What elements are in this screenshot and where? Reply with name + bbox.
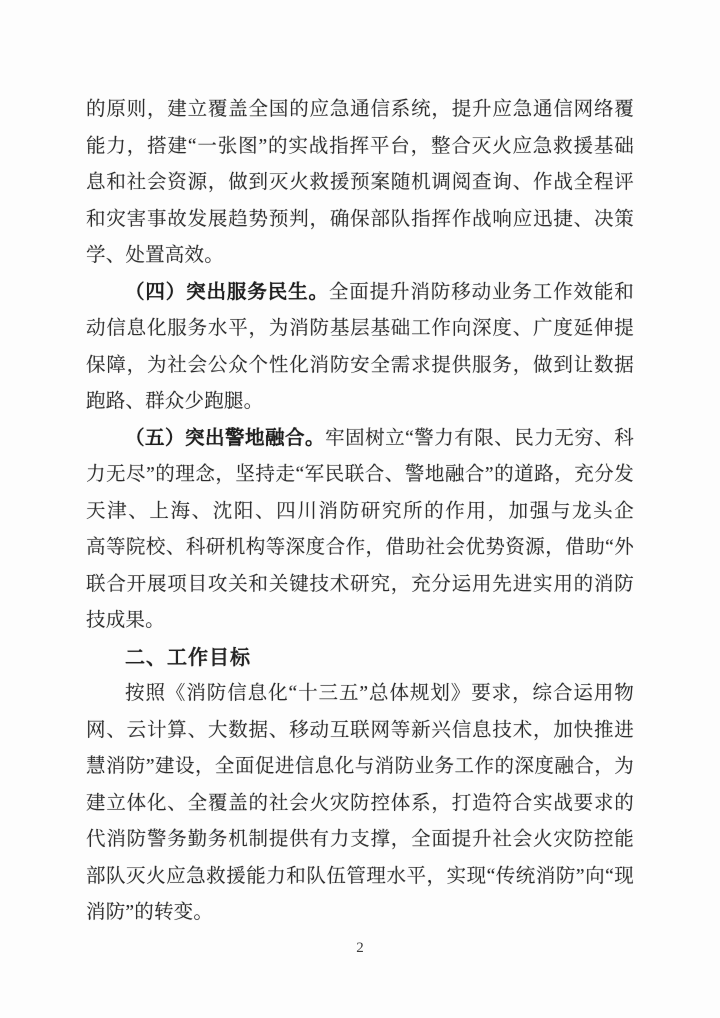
text-line: 的原则，建立覆盖全国的应急通信系统，提升应急通信网络覆盖: [86, 92, 634, 129]
text-segment: 消防”的转变。: [86, 902, 213, 923]
text-segment: 天津、上海、沈阳、四川消防研究所的作用，加强与龙头企业、: [86, 501, 634, 531]
page-number: 2: [0, 936, 720, 960]
document-page: 的原则，建立覆盖全国的应急通信系统，提升应急通信网络覆盖能力，搭建“一张图”的实…: [0, 0, 720, 1018]
text-line: 消防”的转变。: [86, 895, 634, 932]
text-line: （五）突出警地融合。牢固树立“警力有限、民力无穷、科技: [86, 421, 634, 458]
text-segment: 学、处置高效。: [86, 245, 224, 266]
text-segment: 的原则，建立覆盖全国的应急通信系统，提升应急通信网络覆盖: [86, 99, 634, 129]
text-segment: 息和社会资源，做到灭火救援预案随机调阅查询、作战全程评估: [86, 172, 634, 202]
text-line: 慧消防”建设，全面促进信息化与消防业务工作的深度融合，为构: [86, 749, 634, 786]
text-segment: 动信息化服务水平，为消防基层基础工作向深度、广度延伸提供: [86, 318, 634, 348]
text-segment: 慧消防”建设，全面促进信息化与消防业务工作的深度融合，为构: [86, 756, 634, 786]
text-segment: 建立体化、全覆盖的社会火灾防控体系，打造符合实战要求的现: [86, 793, 634, 823]
text-line: 高等院校、科研机构等深度合作，借助社会优势资源，借助“外力”: [86, 530, 634, 567]
text-line: 建立体化、全覆盖的社会火灾防控体系，打造符合实战要求的现: [86, 786, 634, 823]
text-line: 息和社会资源，做到灭火救援预案随机调阅查询、作战全程评估: [86, 165, 634, 202]
text-segment: 联合开展项目攻关和关键技术研究，充分运用先进实用的消防科: [86, 574, 634, 604]
text-segment: 技成果。: [86, 610, 165, 631]
text-line: 按照《消防信息化“十三五”总体规划》要求，综合运用物联: [86, 676, 634, 713]
text-line: 联合开展项目攻关和关键技术研究，充分运用先进实用的消防科: [86, 567, 634, 604]
text-line: 学、处置高效。: [86, 238, 634, 275]
text-segment: 力无尽”的理念，坚持走“军民联合、警地融合”的道路，充分发挥: [86, 464, 634, 494]
text-line: 部队灭火应急救援能力和队伍管理水平，实现“传统消防”向“现代: [86, 859, 634, 896]
text-segment: 跑路、群众少跑腿。: [86, 391, 263, 412]
text-segment: 网、云计算、大数据、移动互联网等新兴信息技术，加快推进“智: [86, 720, 634, 750]
text-line: 二、工作目标: [86, 640, 634, 677]
para-item4-serve-people: （四）突出服务民生。全面提升消防移动业务工作效能和移动信息化服务水平，为消防基层…: [86, 275, 634, 421]
text-line: 力无尽”的理念，坚持走“军民联合、警地融合”的道路，充分发挥: [86, 457, 634, 494]
bold-text-segment: 二、工作目标: [125, 647, 251, 669]
text-line: 保障，为社会公众个性化消防安全需求提供服务，做到让数据多: [86, 348, 634, 385]
text-segment: 和灾害事故发展趋势预判，确保部队指挥作战响应迅捷、决策科: [86, 209, 634, 239]
text-line: （四）突出服务民生。全面提升消防移动业务工作效能和移: [86, 275, 634, 312]
text-segment: 代消防警务勤务机制提供有力支撑，全面提升社会火灾防控能力、: [86, 829, 634, 859]
text-line: 和灾害事故发展趋势预判，确保部队指挥作战响应迅捷、决策科: [86, 202, 634, 239]
text-line: 天津、上海、沈阳、四川消防研究所的作用，加强与龙头企业、: [86, 494, 634, 531]
text-segment: 高等院校、科研机构等深度合作，借助社会优势资源，借助“外力”: [86, 537, 634, 567]
text-line: 动信息化服务水平，为消防基层基础工作向深度、广度延伸提供: [86, 311, 634, 348]
text-line: 能力，搭建“一张图”的实战指挥平台，整合灭火应急救援基础信: [86, 129, 634, 166]
para-item5-police-local-integration: （五）突出警地融合。牢固树立“警力有限、民力无穷、科技力无尽”的理念，坚持走“军…: [86, 421, 634, 640]
heading-section2-work-goals: 二、工作目标: [86, 640, 634, 677]
text-segment: 按照《消防信息化“十三五”总体规划》要求，综合运用物联: [86, 683, 634, 713]
text-line: 跑路、群众少跑腿。: [86, 384, 634, 421]
text-line: 网、云计算、大数据、移动互联网等新兴信息技术，加快推进“智: [86, 713, 634, 750]
text-segment: 部队灭火应急救援能力和队伍管理水平，实现“传统消防”向“现代: [86, 866, 634, 896]
text-segment: 保障，为社会公众个性化消防安全需求提供服务，做到让数据多: [86, 355, 634, 385]
para-emergency-communication-system: 的原则，建立覆盖全国的应急通信系统，提升应急通信网络覆盖能力，搭建“一张图”的实…: [86, 92, 634, 275]
text-line: 技成果。: [86, 603, 634, 640]
para-work-goals-body: 按照《消防信息化“十三五”总体规划》要求，综合运用物联网、云计算、大数据、移动互…: [86, 676, 634, 932]
text-segment: 能力，搭建“一张图”的实战指挥平台，整合灭火应急救援基础信: [86, 136, 634, 166]
text-line: 代消防警务勤务机制提供有力支撑，全面提升社会火灾防控能力、: [86, 822, 634, 859]
document-body: 的原则，建立覆盖全国的应急通信系统，提升应急通信网络覆盖能力，搭建“一张图”的实…: [86, 92, 634, 932]
bold-text-segment: （五）突出警地融合。: [125, 428, 325, 449]
bold-text-segment: （四）突出服务民生。: [125, 282, 329, 303]
